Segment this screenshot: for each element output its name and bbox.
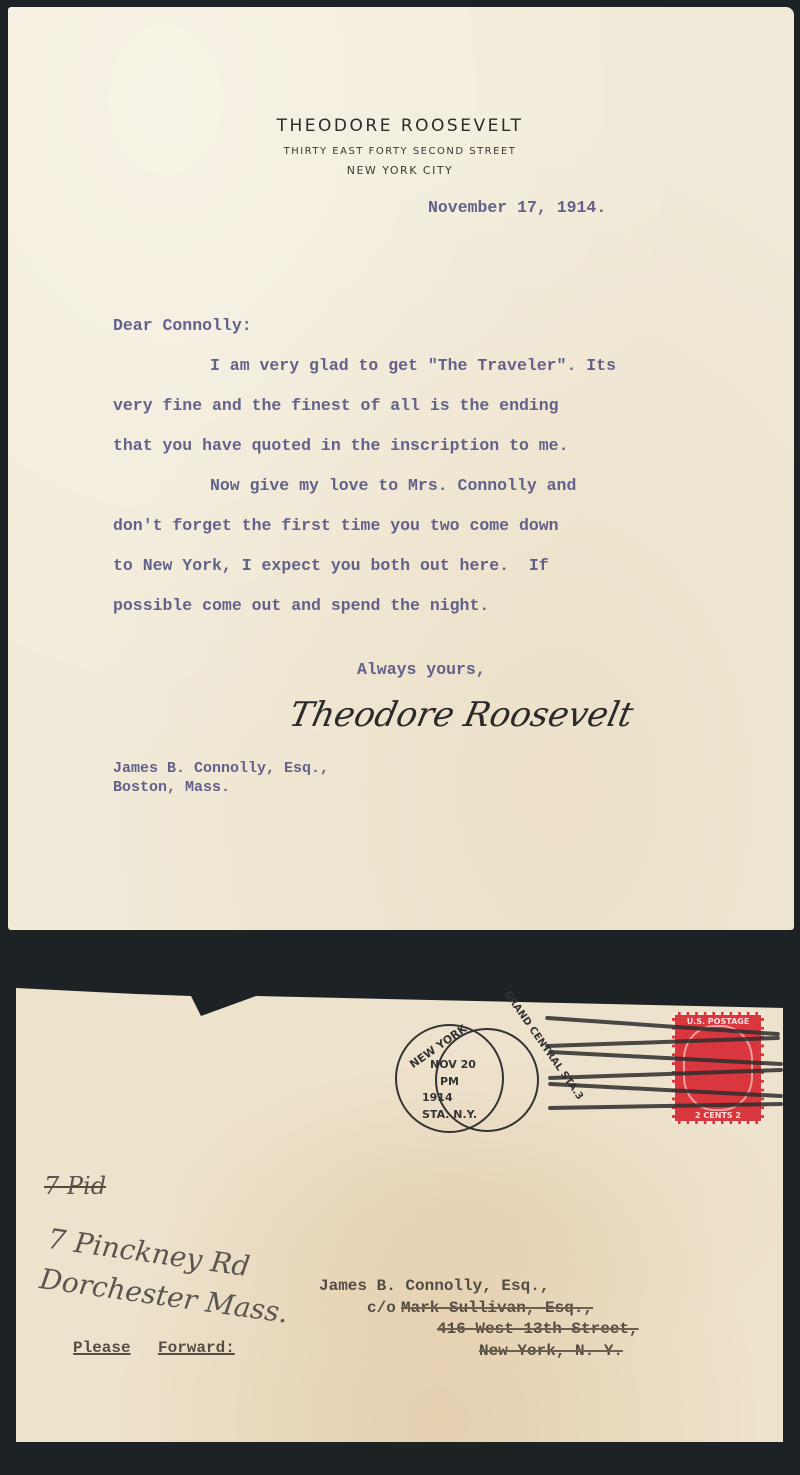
body-line: don't forget the first time you two come… bbox=[113, 516, 559, 535]
recipient-city: Boston, Mass. bbox=[113, 779, 230, 796]
postmark-year: 1914 bbox=[422, 1091, 453, 1104]
body-line: that you have quoted in the inscription … bbox=[113, 436, 568, 455]
closing: Always yours, bbox=[357, 660, 486, 679]
please-label: Please bbox=[73, 1339, 131, 1357]
letterhead-street: THIRTY EAST FORTY SECOND STREET bbox=[0, 146, 800, 157]
postmark-date: NOV 20 bbox=[430, 1058, 476, 1071]
body-line: possible come out and spend the night. bbox=[113, 596, 489, 615]
letterhead-name: THEODORE ROOSEVELT bbox=[0, 116, 800, 136]
envelope-care-of: Mark Sullivan, Esq., bbox=[401, 1299, 593, 1317]
letter-date: November 17, 1914. bbox=[428, 198, 606, 217]
forward-label: Forward: bbox=[158, 1339, 235, 1357]
envelope-addressee: James B. Connolly, Esq., bbox=[319, 1277, 549, 1295]
handwritten-crossed: 7 Pid bbox=[44, 1172, 106, 1200]
body-line: Now give my love to Mrs. Connolly and bbox=[210, 476, 576, 495]
recipient-name: James B. Connolly, Esq., bbox=[113, 760, 329, 777]
salutation: Dear Connolly: bbox=[113, 316, 252, 335]
body-line: very fine and the finest of all is the e… bbox=[113, 396, 559, 415]
signature: Theodore Roosevelt bbox=[286, 695, 637, 735]
envelope-city: New York, N. Y. bbox=[479, 1342, 623, 1360]
body-line: to New York, I expect you both out here.… bbox=[113, 556, 549, 575]
envelope-care-of-prefix: c/o bbox=[367, 1299, 396, 1317]
stamp-bottom-text: 2 CENTS 2 bbox=[675, 1111, 761, 1120]
postmark-time: PM bbox=[440, 1075, 459, 1088]
body-line: I am very glad to get "The Traveler". It… bbox=[210, 356, 616, 375]
letterhead-city: NEW YORK CITY bbox=[0, 164, 800, 177]
postmark-bottom: STA. N.Y. bbox=[422, 1108, 477, 1121]
envelope-street: 416 West 13th Street, bbox=[437, 1320, 639, 1338]
